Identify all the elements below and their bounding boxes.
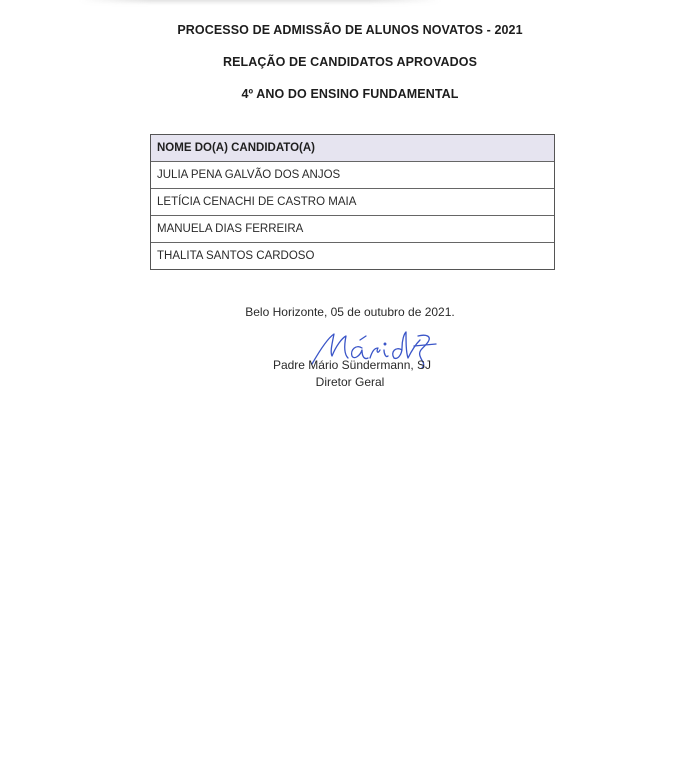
document-title: PROCESSO DE ADMISSÃO DE ALUNOS NOVATOS -… [0,23,700,37]
table-row: JULIA PENA GALVÃO DOS ANJOS [151,161,554,188]
document-grade-level: 4º ANO DO ENSINO FUNDAMENTAL [0,87,700,101]
document-subtitle: RELAÇÃO DE CANDIDATOS APROVADOS [0,55,700,69]
table-header: NOME DO(A) CANDIDATO(A) [151,135,554,161]
signer-name: Padre Mário Sündermann, SJ [0,358,700,372]
signer-role: Diretor Geral [0,375,700,389]
table-row: LETÍCIA CENACHI DE CASTRO MAIA [151,188,554,215]
table-row: THALITA SANTOS CARDOSO [151,242,554,269]
approved-candidates-table: NOME DO(A) CANDIDATO(A) JULIA PENA GALVÃ… [150,134,555,270]
table-row: MANUELA DIAS FERREIRA [151,215,554,242]
city-date: Belo Horizonte, 05 de outubro de 2021. [0,305,700,319]
scan-artifact [80,0,440,2]
